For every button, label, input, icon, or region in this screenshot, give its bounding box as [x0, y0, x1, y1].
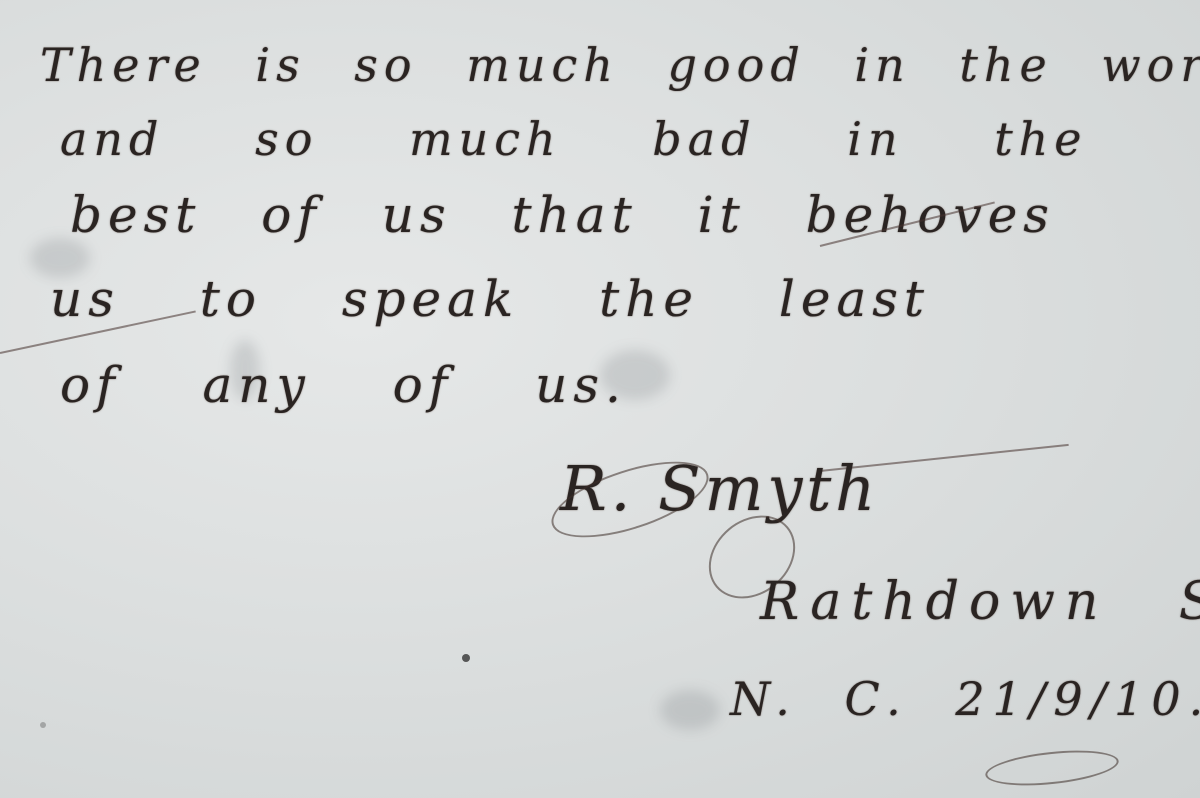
handwritten-page: There is so much good in the worst of us…	[0, 0, 1200, 798]
note-line-1: There is so much good in the worst of us	[40, 38, 1200, 92]
note-line-3: best of us that it behoves	[70, 186, 1055, 244]
note-line-5: of any of us.	[60, 356, 627, 414]
address-line: Rathdown St	[760, 572, 1200, 632]
date-flourish	[984, 745, 1121, 791]
ink-smudge	[660, 690, 720, 730]
note-line-2: and so much bad in the	[60, 112, 1088, 166]
ink-speck	[40, 722, 46, 728]
note-line-4: us to speak the least	[50, 270, 930, 328]
date-line: N. C. 21/9/10.	[730, 672, 1200, 726]
ink-speck	[462, 654, 470, 662]
